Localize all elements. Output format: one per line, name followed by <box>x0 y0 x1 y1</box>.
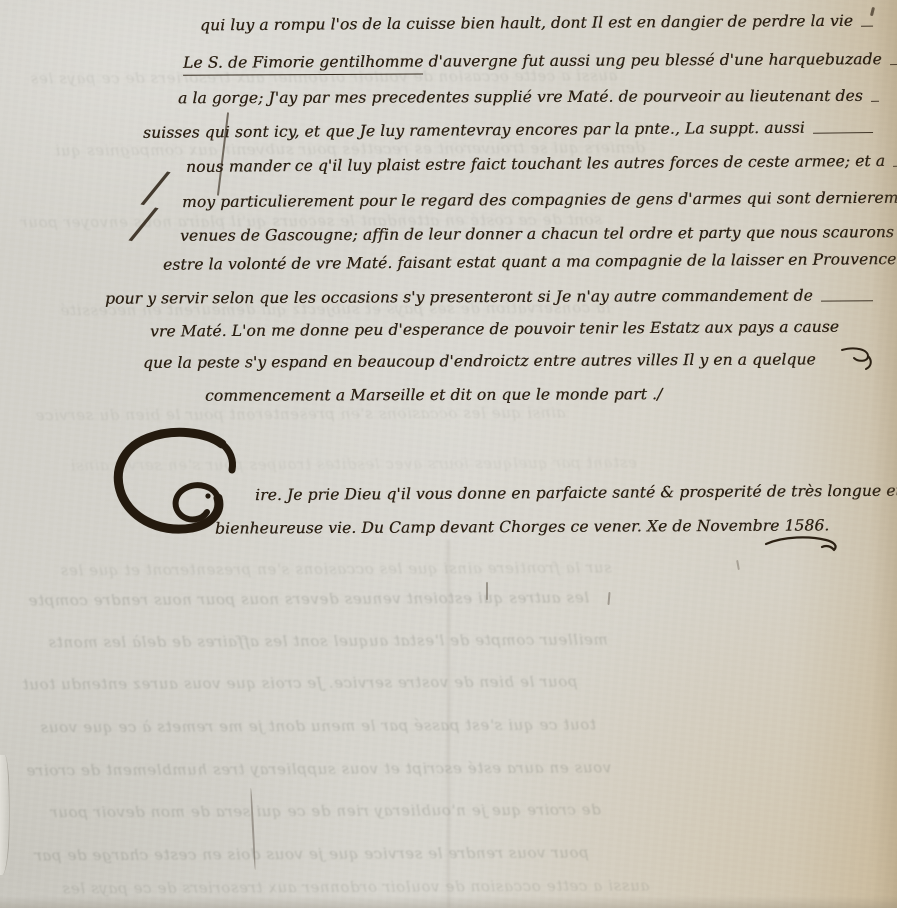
manuscript-line: Le S. de Fimorie gentilhomme d'auvergne … <box>183 48 874 74</box>
manuscript-photo-page: { "document": { "kind": "handwritten man… <box>0 0 897 908</box>
ink-speck <box>486 582 488 600</box>
manuscript-line: que la peste s'y espand en beaucoup d'en… <box>143 348 874 374</box>
paper-edge-shadow-bottom <box>0 896 897 908</box>
manuscript-line: commencement a Marseille et dit on que l… <box>205 383 662 407</box>
date-underline-swash <box>762 532 842 554</box>
manuscript-line: moy particulierement pour le regard des … <box>182 187 874 213</box>
line-text: qui luy a rompu l'os de la cuisse bien h… <box>200 10 853 37</box>
manuscript-line: qui luy a rompu l'os de la cuisse bien h… <box>200 10 874 37</box>
paper-edge-shadow-right <box>871 0 897 908</box>
line-text: bienheureuse vie. Du Camp devant Chorges… <box>215 514 829 539</box>
line-filler-dash <box>813 132 873 134</box>
line-text: commencement a Marseille et dit on que l… <box>205 383 662 407</box>
line-text: que la peste s'y espand en beaucoup d'en… <box>143 348 816 374</box>
fold-crease <box>447 540 450 908</box>
line-filler-dash <box>821 300 873 301</box>
line-text: venues de Gascougne; affin de leur donne… <box>180 221 894 247</box>
line-text: moy particulierement pour le regard des … <box>182 187 897 214</box>
line-text: pour y servir selon que les occasions s'… <box>105 285 813 310</box>
line-text: d'auvergne fut aussi ung peu blessé d'un… <box>423 50 881 70</box>
manuscript-line: a la gorge; J'ay par mes precedentes sup… <box>178 85 874 109</box>
underlined-name: Le S. de Fimorie gentilhomme <box>183 53 424 76</box>
line-text: a la gorge; J'ay par mes precedentes sup… <box>178 85 863 109</box>
closing-line-2-dateline: bienheureuse vie. Du Camp devant Chorges… <box>215 514 829 539</box>
manuscript-line: pour y servir selon que les occasions s'… <box>105 284 874 309</box>
line-text: ire. Je prie Dieu q'il vous donne en par… <box>255 480 897 507</box>
closing-line-1: ire. Je prie Dieu q'il vous donne en par… <box>255 480 865 506</box>
manuscript-line: venues de Gascougne; affin de leur donne… <box>180 221 874 247</box>
